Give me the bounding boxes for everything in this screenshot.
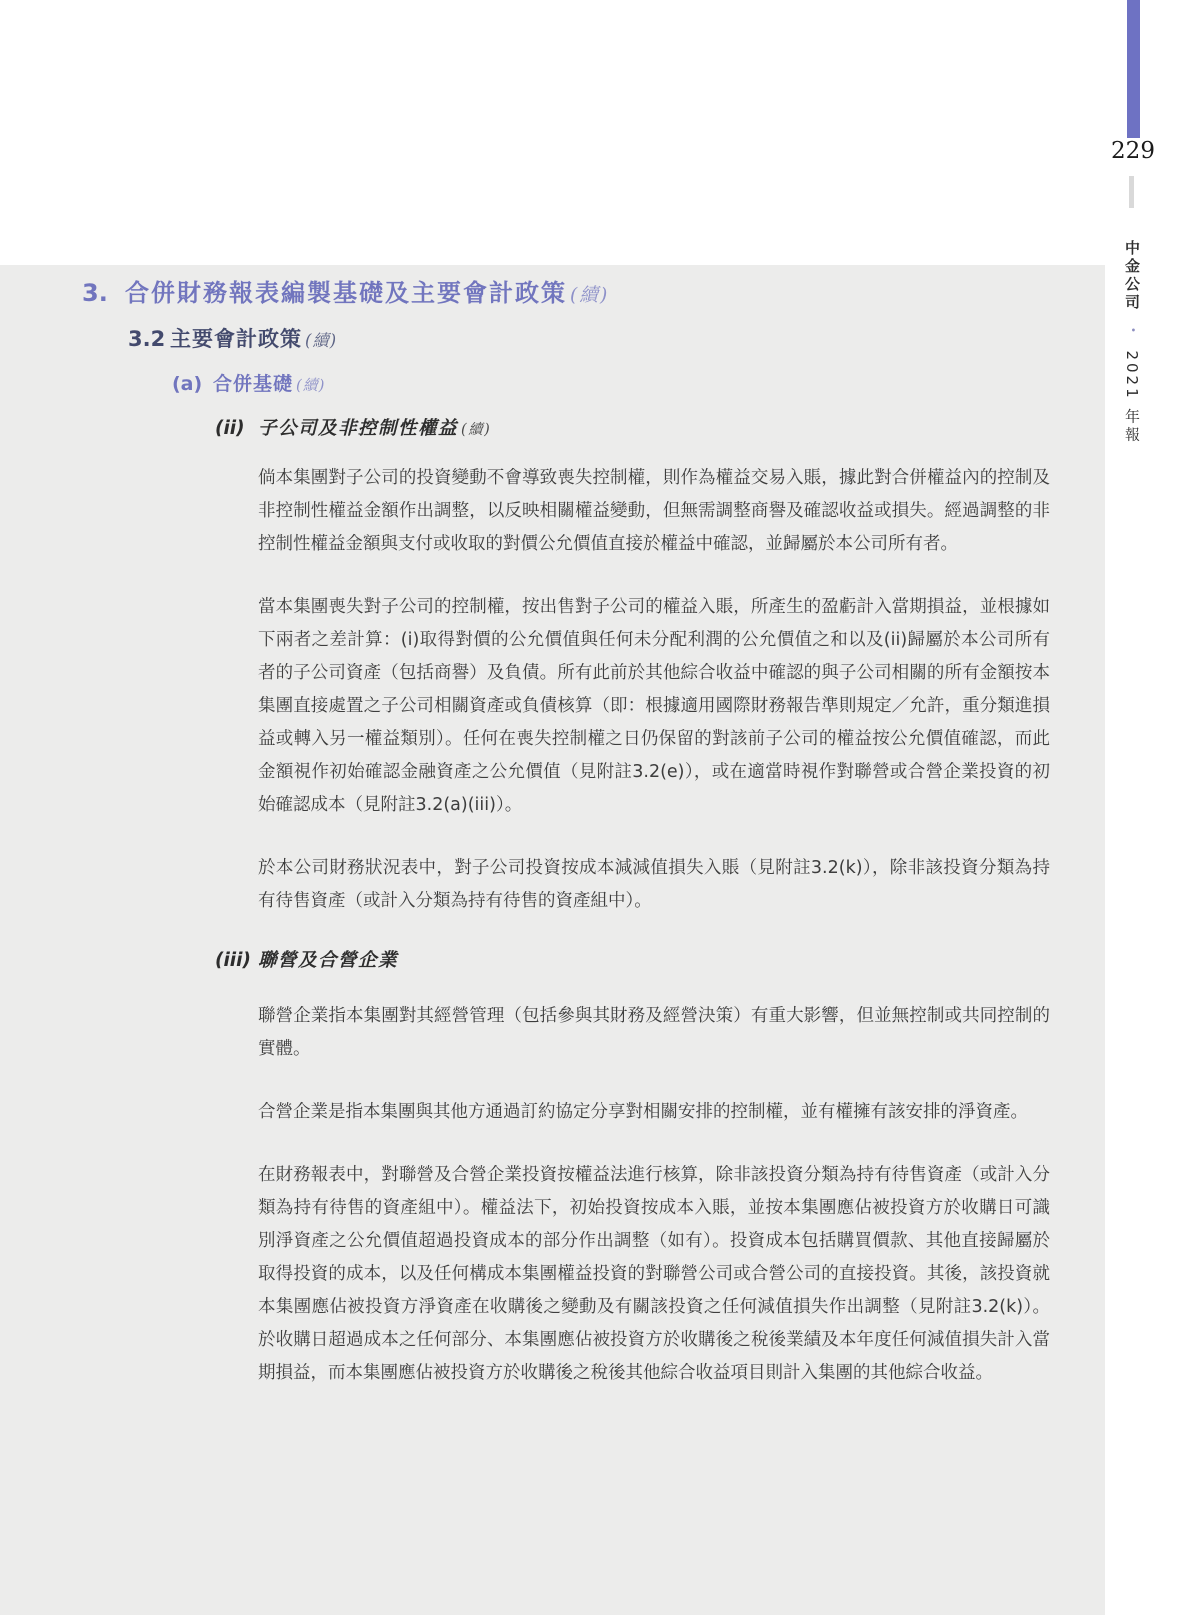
item-a-label: (a) [172,371,213,397]
item-iii-heading: (iii) 聯營及合營企業 [215,948,1105,974]
paragraph: 當本集團喪失對子公司的控制權，按出售對子公司的權益入賬，所產生的盈虧計入當期損益… [258,591,1050,822]
section-continued: (續) [570,285,609,306]
item-iii-title: 聯營及合營企業 [258,948,398,974]
subsection-heading: 3.2 主要會計政策(續) [128,325,1105,355]
subsection-number: 3.2 [128,325,170,353]
paragraph: 在財務報表中，對聯營及合營企業投資按權益法進行核算，除非該投資分類為持有待售資產… [258,1159,1050,1390]
paragraph: 聯營企業指本集團對其經營管理（包括參與其財務及經營決策）有重大影響，但並無控制或… [258,1000,1050,1066]
paragraph: 合營企業是指本集團與其他方通過訂約協定分享對相關安排的控制權，並有權擁有該安排的… [258,1096,1050,1129]
item-ii-heading: (ii) 子公司及非控制性權益(續) [215,416,1105,443]
paragraph: 倘本集團對子公司的投資變動不會導致喪失控制權，則作為權益交易入賬，據此對合併權益… [258,462,1050,561]
brand-separator-dot: • [1127,327,1138,336]
item-ii-title: 子公司及非控制性權益(續) [258,416,491,443]
item-iii-label: (iii) [215,948,258,974]
item-ii-body: 倘本集團對子公司的投資變動不會導致喪失控制權，則作為權益交易入賬，據此對合併權益… [258,462,1050,918]
section-heading: 3. 合併財務報表編製基礎及主要會計政策(續) [82,278,1105,311]
brand-year: 2021 年報 [1123,350,1141,444]
page-number: 229 [1100,138,1166,164]
section-title: 合併財務報表編製基礎及主要會計政策(續) [125,278,609,311]
brand-name: 中金公司 [1123,240,1141,312]
paragraph: 於本公司財務狀況表中，對子公司投資按成本減減值損失入賬（見附註3.2(k)），除… [258,852,1050,918]
annual-report-page: 229 中金公司 • 2021 年報 3. 合併財務報表編製基礎及主要會計政策(… [0,0,1190,1615]
page-number-divider [1129,176,1134,208]
item-ii-label: (ii) [215,416,258,442]
item-a-title: 合併基礎(續) [213,371,325,399]
content-panel: 3. 合併財務報表編製基礎及主要會計政策(續) 3.2 主要會計政策(續) (a… [0,265,1105,1615]
vertical-brand-text: 中金公司 • 2021 年報 [1118,240,1146,444]
item-a-continued: (續) [296,377,325,394]
subsection-continued: (續) [305,331,337,350]
section-number: 3. [82,278,125,308]
item-a-heading: (a) 合併基礎(續) [172,371,1105,399]
item-ii-continued: (續) [461,422,491,438]
item-iii-body: 聯營企業指本集團對其經營管理（包括參與其財務及經營決策）有重大影響，但並無控制或… [258,1000,1050,1390]
subsection-title: 主要會計政策(續) [170,325,337,355]
accent-bar [1127,0,1140,138]
